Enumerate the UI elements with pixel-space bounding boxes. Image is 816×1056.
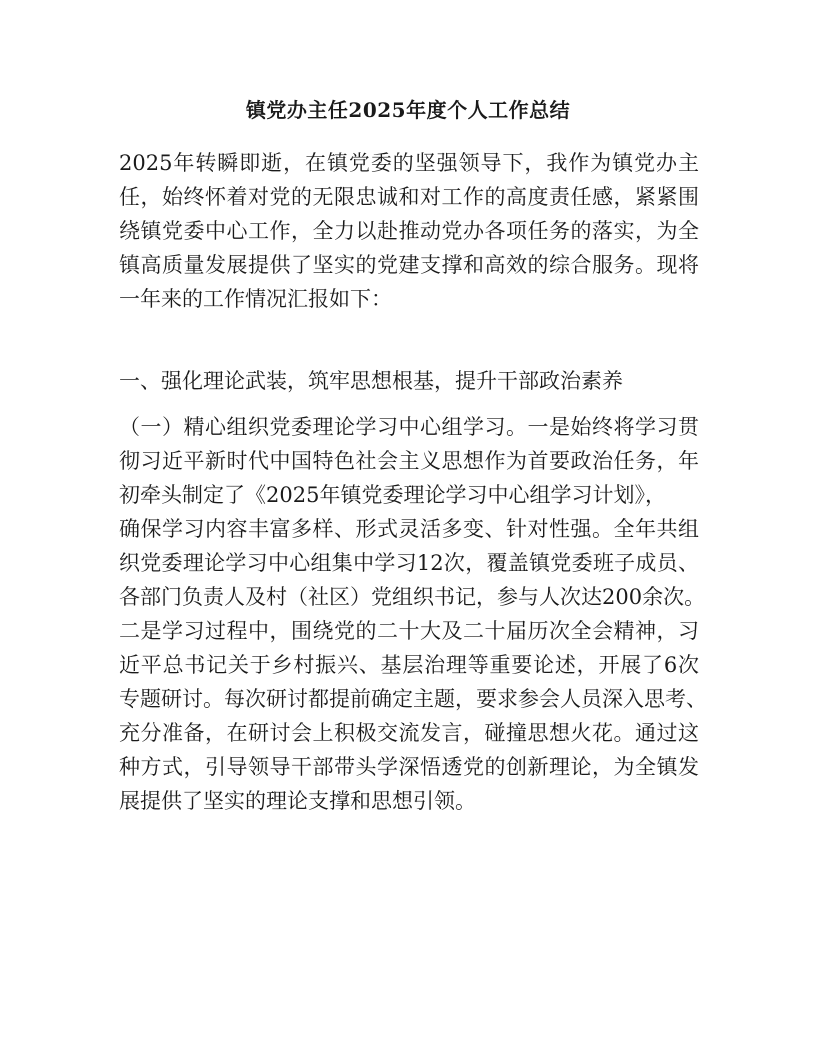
subsection-line: （一）精心组织党委理论学习中心组学习。一是始终将学习贯 [119, 410, 699, 444]
subsection-line: 彻习近平新时代中国特色社会主义思想作为首要政治任务，年 [119, 444, 699, 478]
subsection-line: 初牵头制定了《2025年镇党委理论学习中心组学习计划》， [119, 478, 699, 512]
subsection-line: 织党委理论学习中心组集中学习12次，覆盖镇党委班子成员、 [119, 546, 699, 580]
subsection-line: 近平总书记关于乡村振兴、基层治理等重要论述，开展了6次 [119, 648, 699, 682]
subsection-line: 充分准备，在研讨会上积极交流发言，碰撞思想火花。通过这 [119, 716, 699, 750]
intro-paragraph: 2025年转瞬即逝，在镇党委的坚强领导下，我作为镇党办主 任，始终怀着对党的无限… [119, 146, 699, 316]
subsection-line: 展提供了坚实的理论支撑和思想引领。 [119, 784, 699, 818]
intro-line: 镇高质量发展提供了坚实的党建支撑和高效的综合服务。现将 [119, 248, 699, 282]
intro-line: 绕镇党委中心工作，全力以赴推动党办各项任务的落实，为全 [119, 214, 699, 248]
intro-line: 一年来的工作情况汇报如下： [119, 282, 699, 316]
document-page: 镇党办主任2025年度个人工作总结 2025年转瞬即逝，在镇党委的坚强领导下，我… [0, 0, 816, 1056]
subsection-line: 二是学习过程中，围绕党的二十大及二十届历次全会精神，习 [119, 614, 699, 648]
subsection-paragraph: （一）精心组织党委理论学习中心组学习。一是始终将学习贯 彻习近平新时代中国特色社… [119, 410, 699, 818]
intro-line: 任，始终怀着对党的无限忠诚和对工作的高度责任感，紧紧围 [119, 180, 699, 214]
subsection-line: 种方式，引导领导干部带头学深悟透党的创新理论，为全镇发 [119, 750, 699, 784]
subsection-line: 确保学习内容丰富多样、形式灵活多变、针对性强。全年共组 [119, 512, 699, 546]
document-title: 镇党办主任2025年度个人工作总结 [0, 96, 816, 124]
intro-line: 2025年转瞬即逝，在镇党委的坚强领导下，我作为镇党办主 [119, 146, 699, 180]
subsection-line: 各部门负责人及村（社区）党组织书记，参与人次达200余次。 [119, 580, 699, 614]
section-heading: 一、强化理论武装，筑牢思想根基，提升干部政治素养 [119, 364, 699, 398]
subsection-line: 专题研讨。每次研讨都提前确定主题，要求参会人员深入思考、 [119, 682, 699, 716]
